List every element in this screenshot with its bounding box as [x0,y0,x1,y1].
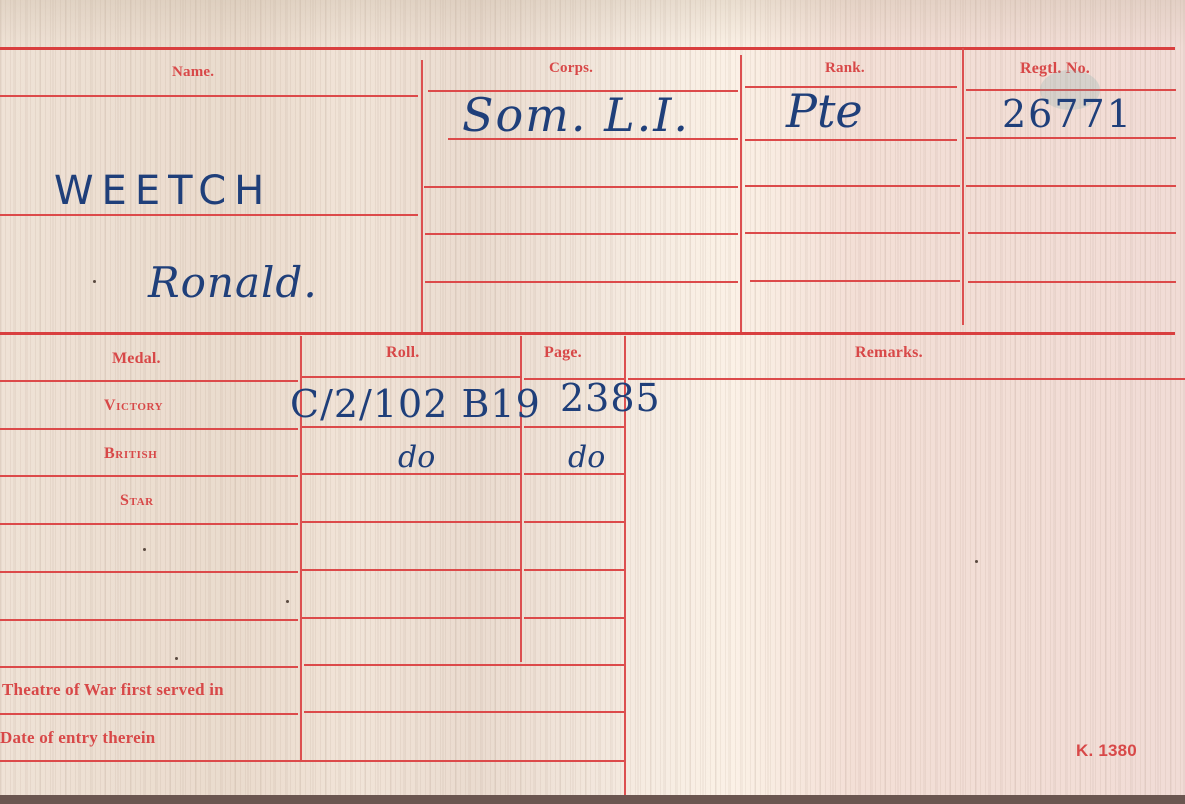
corps-value: Som. L.I. [462,88,690,142]
rank-value: Pte [786,84,863,138]
top-border-line [0,47,1175,50]
theatre-value-rule [304,711,624,713]
medal-index-card: Name. Corps. Rank. Regtl. No. WEETCH Ron… [0,0,1185,804]
paper-speck [286,600,289,603]
remarks-column-header: Remarks. [855,344,923,362]
page-rule-6 [524,617,624,619]
name-header-underline [0,95,418,97]
roll-rule-1 [302,376,522,378]
rank-rule-3 [745,185,960,187]
paper-speck [175,657,178,660]
theatre-of-war-label: Theatre of War first served in [2,680,224,700]
name-label: Name. [172,64,214,81]
roll-rule-6 [302,617,522,619]
rank-label: Rank. [825,60,865,77]
date-of-entry-label: Date of entry therein [0,728,155,748]
page-column-header: Page. [544,344,582,362]
medal-row-star: Star [120,492,154,510]
regtl-rule-4 [968,232,1176,234]
surname-value: WEETCH [54,168,272,214]
divider-rank-regtl [962,48,964,325]
corps-rule-3 [424,186,738,188]
medal-row-british: British [104,445,157,463]
medal-column-header: Medal. [112,350,161,368]
medal-rule-6 [0,619,298,621]
name-mid-line [0,214,418,216]
regtl-rule-5 [968,281,1176,283]
medal-rule-7 [0,666,298,668]
paper-speck [143,548,146,551]
corps-rule-5 [425,281,738,283]
corps-rule-4 [425,233,738,235]
divider-corps-rank [740,55,742,332]
rank-rule-2 [745,139,957,141]
medal-rule-5 [0,571,298,573]
british-page-value: do [568,440,605,475]
medal-rule-4 [0,523,298,525]
corps-label: Corps. [549,60,593,77]
medal-rule-1 [0,380,298,382]
victory-roll-value: C/2/102 B19 [290,382,541,426]
section-divider-line [0,332,1175,335]
medal-rule-2 [0,428,298,430]
form-code: K. 1380 [1076,741,1137,761]
medal-rule-3 [0,475,298,477]
divider-name-corps [421,60,423,332]
date-rule [0,760,624,762]
rank-rule-5 [750,280,960,282]
victory-page-value: 2385 [560,376,661,420]
forename-value: Ronald. [148,258,318,307]
card-bottom-edge [0,795,1185,804]
roll-rule-2 [302,426,522,428]
medal-row-victory: Victory [104,397,163,415]
roll-column-header: Roll. [386,344,419,362]
page-rule-2 [524,426,624,428]
paper-speck [975,560,978,563]
theatre-rule [0,713,298,715]
regtl-rule-3 [966,185,1176,187]
page-rule-5 [524,569,624,571]
roll-rule-4 [302,521,522,523]
roll-page-rule-7 [304,664,624,666]
roll-rule-5 [302,569,522,571]
page-rule-4 [524,521,624,523]
regtl-no-value: 26771 [1002,92,1133,136]
rank-rule-4 [745,232,960,234]
remarks-rule-1 [628,378,1185,380]
regtl-rule-2 [966,137,1176,139]
paper-speck [93,280,96,283]
british-roll-value: do [398,440,435,475]
card-top-edge [0,0,1185,48]
